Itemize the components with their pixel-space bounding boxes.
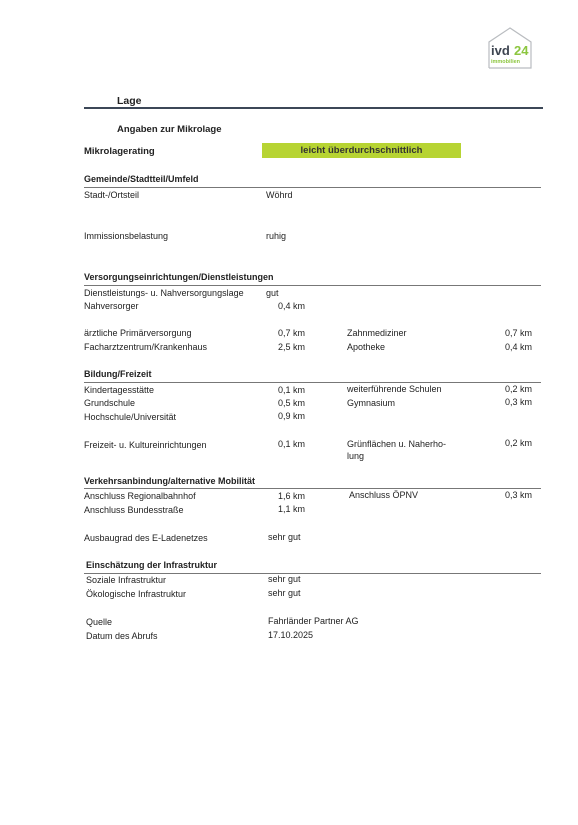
row-value: 1,1 km — [278, 504, 305, 514]
row-value-2: 0,2 km — [505, 384, 532, 394]
row-label-2: Apotheke — [347, 342, 385, 352]
row-label-2: Gymnasium — [347, 398, 395, 408]
row-label: Grundschule — [84, 398, 135, 408]
section-divider — [84, 187, 541, 188]
title-divider — [84, 107, 543, 109]
rating-label: Mikrolagerating — [84, 146, 155, 157]
row-label: Facharztzentrum/Krankenhaus — [84, 342, 207, 352]
row-label: Hochschule/Universität — [84, 412, 176, 422]
ivd24-logo: ivd 24 immobilien — [486, 26, 534, 70]
page-title: Lage — [117, 95, 142, 107]
date-label: Datum des Abrufs — [86, 631, 158, 641]
row-value-2: 0,2 km — [505, 438, 532, 448]
source-label: Quelle — [86, 617, 112, 627]
section-heading-verkehr: Verkehrsanbindung/alternative Mobilität — [84, 476, 255, 486]
row-label-2: weiterführende Schulen — [347, 384, 442, 394]
logo-text-ivd: ivd — [491, 43, 510, 58]
row-value: sehr gut — [268, 532, 301, 542]
row-label-2-continued: lung — [347, 451, 364, 461]
row-value: 0,4 km — [278, 301, 305, 311]
section-heading-infrastruktur: Einschätzung der Infrastruktur — [86, 560, 217, 570]
row-label: Stadt-/Ortsteil — [84, 190, 139, 200]
row-value-2: 0,3 km — [505, 490, 532, 500]
row-label: ärztliche Primärversorgung — [84, 328, 192, 338]
row-value: 0,9 km — [278, 411, 305, 421]
logo-text-24: 24 — [514, 43, 529, 58]
section-divider — [84, 488, 541, 489]
row-label: Soziale Infrastruktur — [86, 575, 166, 585]
section-heading-versorgung: Versorgungseinrichtungen/Dienstleistunge… — [84, 272, 274, 282]
row-value: 0,5 km — [278, 398, 305, 408]
row-value-2: 0,7 km — [505, 328, 532, 338]
row-label: Dienstleistungs- u. Nahversorgungslage — [84, 288, 244, 298]
row-label: Anschluss Bundesstraße — [84, 505, 184, 515]
row-label: Ausbaugrad des E-Ladenetzes — [84, 533, 208, 543]
row-value: 0,7 km — [278, 328, 305, 338]
row-value-2: 0,3 km — [505, 397, 532, 407]
row-value: 0,1 km — [278, 385, 305, 395]
section-divider — [84, 285, 541, 286]
logo-subtitle: immobilien — [491, 59, 521, 65]
row-label: Kindertagesstätte — [84, 385, 154, 395]
section-divider — [84, 382, 541, 383]
row-label-2: Grünflächen u. Naherho- — [347, 439, 446, 449]
row-label: Freizeit- u. Kultureinrichtungen — [84, 440, 207, 450]
section-heading-bildung: Bildung/Freizeit — [84, 369, 152, 379]
row-value: sehr gut — [268, 574, 301, 584]
row-label: Anschluss Regionalbahnhof — [84, 491, 196, 501]
section-heading-gemeinde: Gemeinde/Stadtteil/Umfeld — [84, 174, 199, 184]
row-value: 0,1 km — [278, 439, 305, 449]
row-label-2: Zahnmediziner — [347, 328, 407, 338]
date-value: 17.10.2025 — [268, 630, 313, 640]
row-label: Immissionsbelastung — [84, 231, 168, 241]
section-divider — [84, 573, 541, 574]
row-value: gut — [266, 288, 279, 298]
row-label-2: Anschluss ÖPNV — [349, 490, 418, 500]
row-value: Wöhrd — [266, 190, 293, 200]
source-value: Fahrländer Partner AG — [268, 616, 359, 626]
row-value: sehr gut — [268, 588, 301, 598]
rating-badge: leicht überdurchschnittlich — [262, 143, 461, 158]
row-label: Nahversorger — [84, 301, 139, 311]
section-subtitle: Angaben zur Mikrolage — [117, 124, 222, 135]
row-value-2: 0,4 km — [505, 342, 532, 352]
row-value: 2,5 km — [278, 342, 305, 352]
row-value: 1,6 km — [278, 491, 305, 501]
row-label: Ökologische Infrastruktur — [86, 589, 186, 599]
row-value: ruhig — [266, 231, 286, 241]
